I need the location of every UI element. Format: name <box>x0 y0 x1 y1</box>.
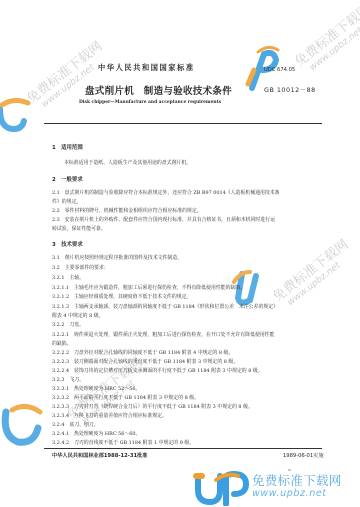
paragraph: 3.1 削片机应按照经规定程序批准的图样及技术文件制造。 <box>52 255 182 261</box>
paragraph: 3.2.1.2 主轴应经调质处理，其硬度值不低于技术文件的规定。 <box>52 294 191 300</box>
paragraph: 本标准适用于造纸、人造板生产及其他用途的盘式削片机。 <box>64 160 191 166</box>
document-title: 盘式削片机 制造与验收技术条件 <box>85 83 232 97</box>
paragraph: 3.2.3.1 热处理硬度为 HRC 52～56。 <box>52 386 140 392</box>
paragraph: 件》的规定。 <box>52 199 81 205</box>
up-logo-icon <box>0 95 36 135</box>
paragraph: 3.2.2.3 装刀侧端面对配合孔轴线的垂直度不低于 GB 1184 附表 3 … <box>52 359 238 365</box>
paragraph: 3.2 主要零部件的要求： <box>52 265 109 271</box>
document-title-english: Disk chipper—Manufacture and acceptance … <box>79 100 221 105</box>
brand-url: www.upbz.net <box>252 488 342 500</box>
paragraph: 3.2.2.1 铸件须退火处理，锻件须正火处理，粗加工后进行探伤检查，在开口处不… <box>52 332 275 338</box>
paragraph: 3.2.1.1 主轴毛坯应为锻造件，粗加工后须进行探伤检查，不得有降低使用性能的… <box>52 285 245 291</box>
paragraph: 3.2.2.2 刀盘外径对配合孔轴线的同轴度不低于 GB 1184 附表 4 中… <box>52 350 233 356</box>
brand-watermark: 免费标准下载网 www.upbz.net <box>252 474 342 500</box>
gb-number: GB 10012－88 <box>264 85 316 94</box>
paragraph: 3.2.2.4 装饰刀块的定位槽对压刀板支承侧面的平行度不低于 GB 1184 … <box>52 368 263 374</box>
paragraph: 3.2.3 飞刀。 <box>52 377 84 383</box>
approval-date: 中华人民共和国林业部1988-12-31批准 <box>52 452 147 459</box>
watermark-text: 免费标准下载网 www.upbz.net <box>290 0 360 78</box>
paragraph: 3.2.4.2 刀刃的直线度不低于 GB 1184 附表 1 中规定的 9 级。 <box>52 440 194 446</box>
paragraph: 3.2.4.1 热处理硬度为 HRC 56～60。 <box>52 431 140 437</box>
paragraph: 3.2.4 底刀、刨刀。 <box>52 422 99 428</box>
paragraph: 2.3 安装在削片机上的外购件、配套件应符合国内现行标准，并具有合格证书，且须和… <box>52 217 275 223</box>
paragraph: 3.2.1.3 主轴两支承轴颈、装刀盘轴颈的同轴度不低于 GB 1184《形状和… <box>52 304 278 310</box>
document-page: 免费标准下载网 www.upbz.net 免费标准下载网 www.upbz.ne… <box>0 0 360 507</box>
up-logo-icon <box>0 402 44 450</box>
paragraph: 2.2 零件材料的牌号、机械性能和金相组织应符合相应标准的规定。 <box>52 208 202 214</box>
paragraph: 3.2.2 刀盘。 <box>52 322 84 328</box>
paragraph: 转试验，保证性能可靠。 <box>52 226 106 232</box>
page-number: 81 <box>288 468 292 472</box>
brand-name: 免费标准下载网 <box>252 474 342 488</box>
udc-number: UDC 674.05 <box>264 67 295 73</box>
section-heading-1: 1 适用范围 <box>52 143 83 151</box>
footer-divider <box>44 448 322 449</box>
country-standard-label: 中华人民共和国国家标准 <box>98 63 195 73</box>
paragraph: 3.2.1 主轴。 <box>52 275 84 281</box>
paragraph: 3.2.3.4 互换飞刀的重量差值应符合相应标准规定。 <box>52 413 167 419</box>
up-logo-icon <box>192 470 250 506</box>
section-heading-2: 2 一般要求 <box>52 175 83 183</box>
paragraph: 3.2.3.2 两平面的平行度不低于 GB 1184 附表 3 中规定的 8 级… <box>52 395 199 401</box>
paragraph: 3.2.3.3 刀刃对刀背（烧焊硬合金刀后）的平行度不低于 GB 1184 附表… <box>52 404 253 410</box>
paragraph: 附表 4 中规定的 8 级。 <box>52 313 104 319</box>
effective-date: 1989-06-01实施 <box>283 452 324 459</box>
paragraph: 2.1 盘式削片机的制造与验收除应符合本标准规定外，还应符合 ZB B97 00… <box>52 190 280 196</box>
section-heading-3: 3 技术要求 <box>52 240 83 248</box>
watermark-text: 免费标准下载网 www.upbz.net <box>268 234 358 313</box>
paragraph: 的缺陷。 <box>52 341 72 347</box>
header-divider <box>44 123 322 124</box>
